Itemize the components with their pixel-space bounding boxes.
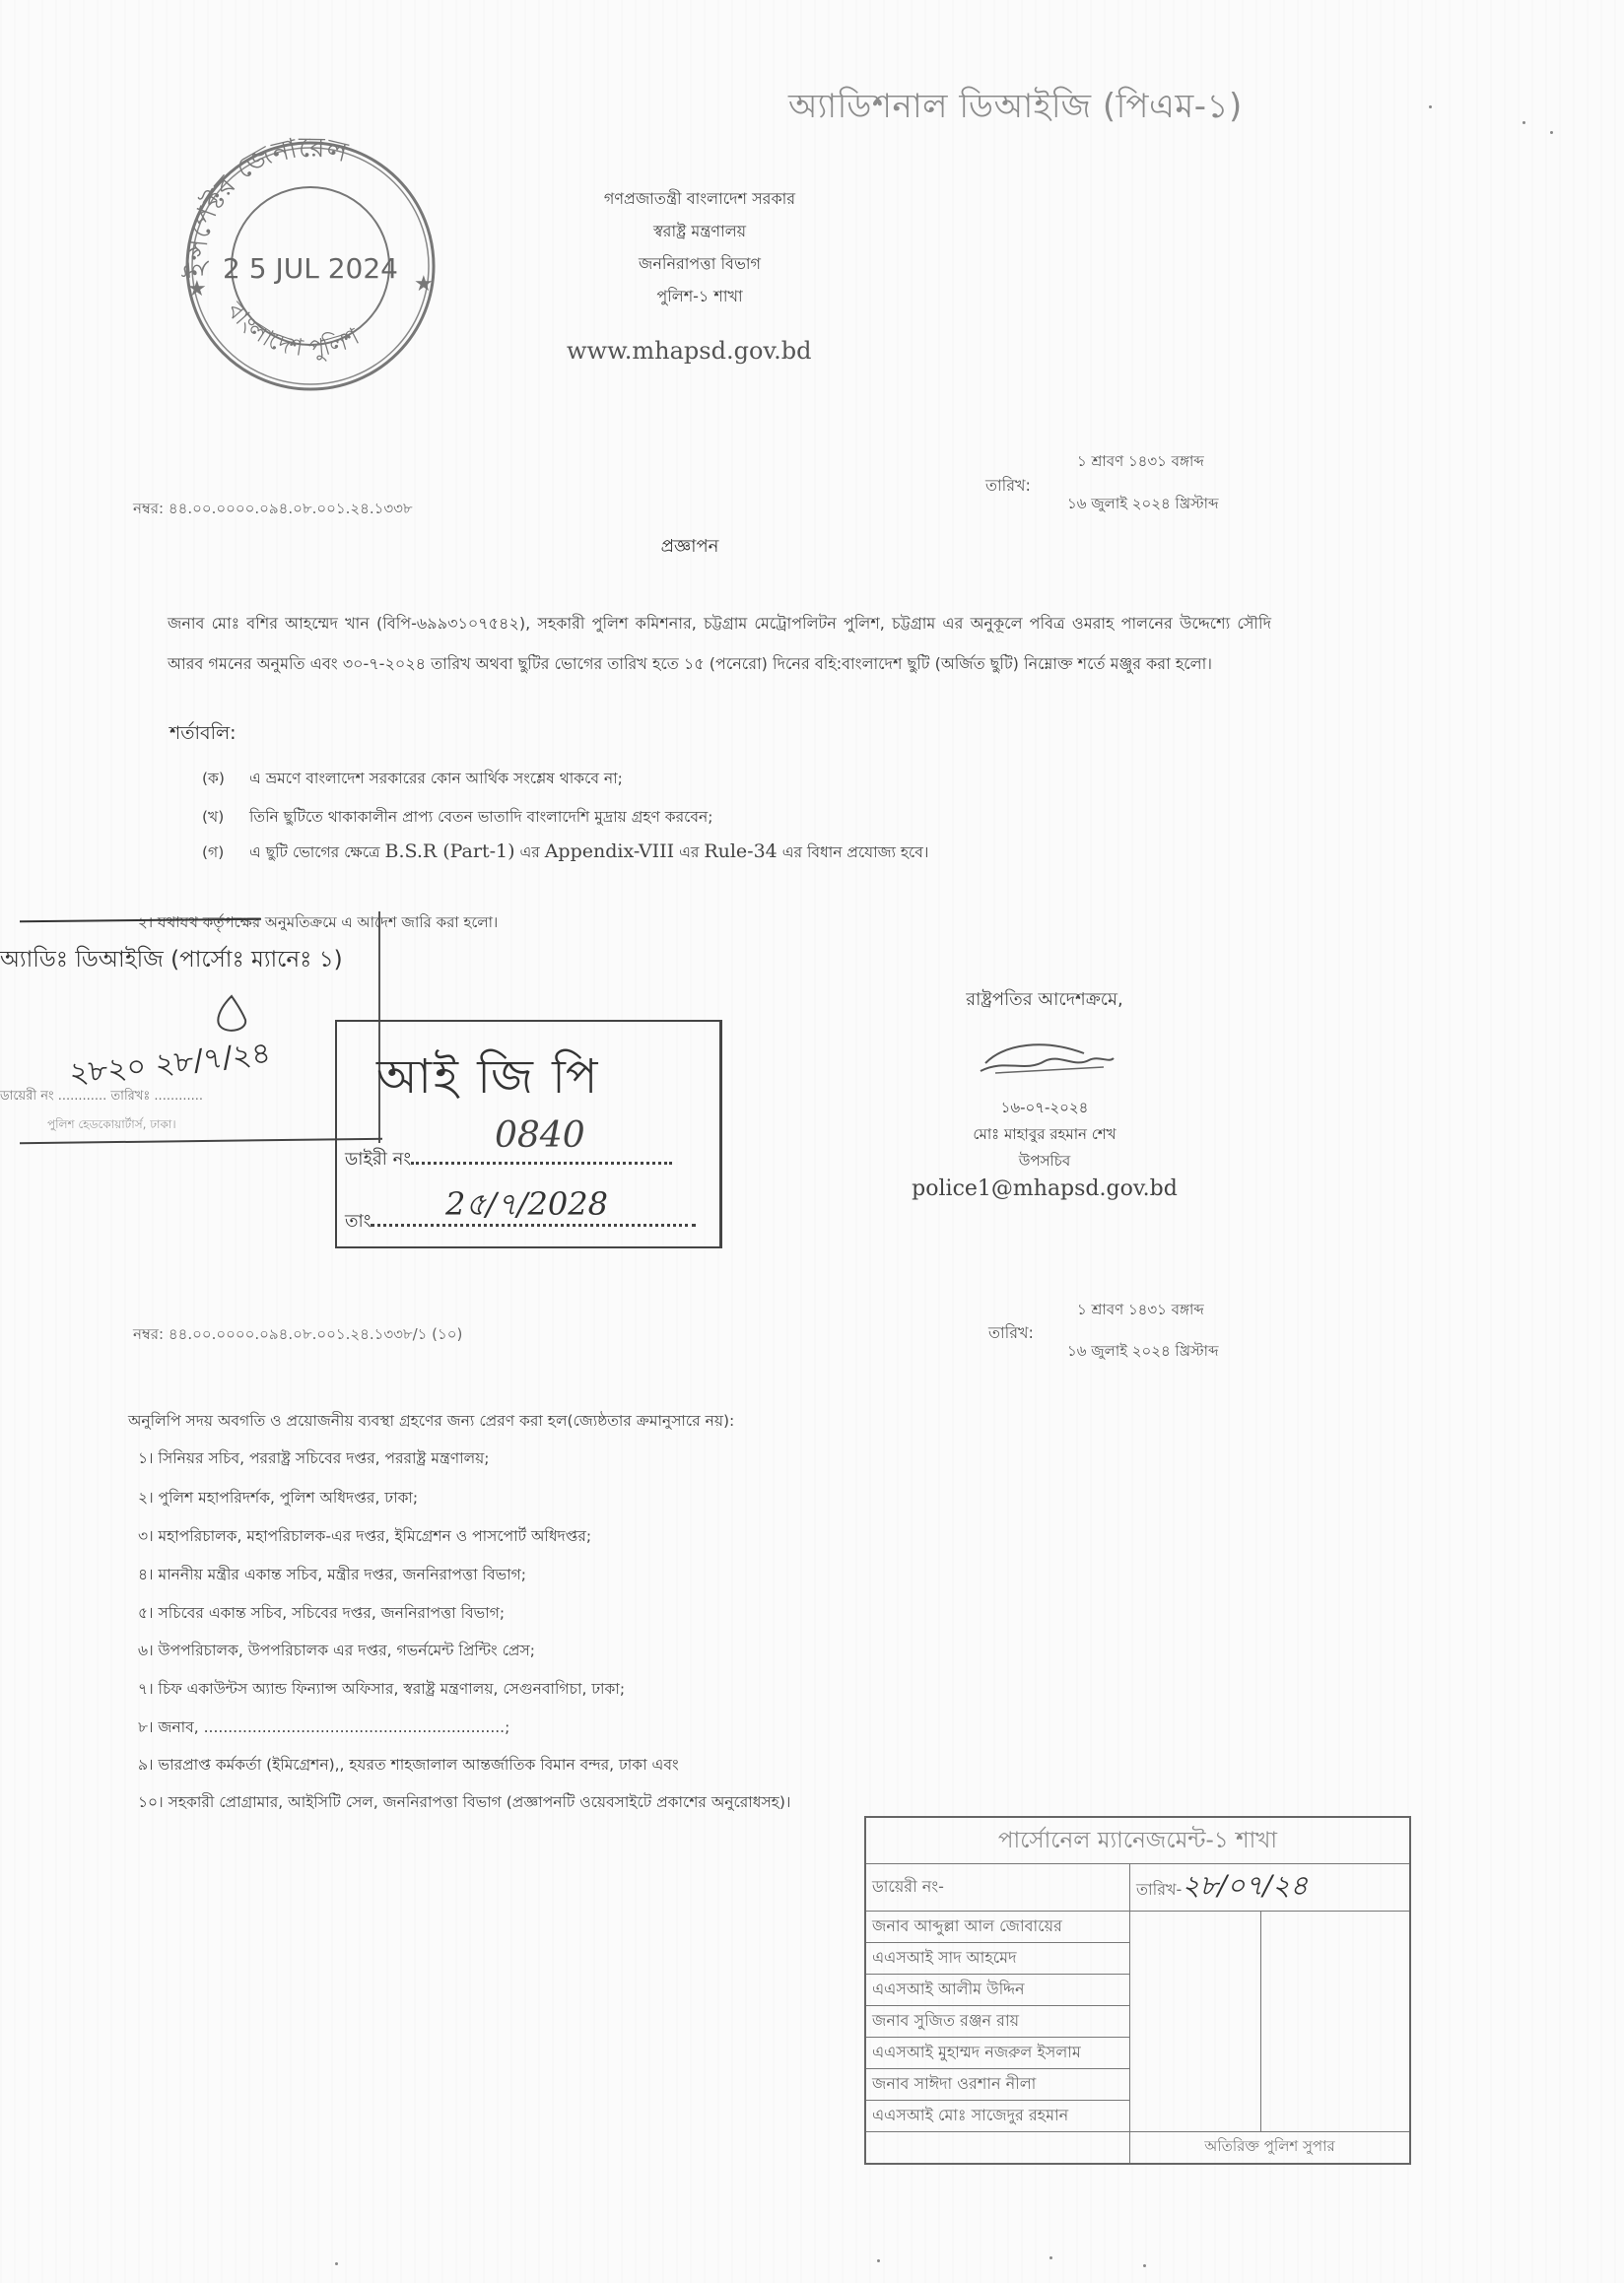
copy-recipient: ৫। সচিবের একান্ত সচিব, সচিবের দপ্তর, জনন…	[138, 1601, 505, 1627]
by-order-line: রাষ্ট্রপতির আদেশক্রমে,	[867, 985, 1222, 1016]
copy-date-gregorian: ১৬ জুলাই ২০২৪ খ্রিস্টাব্দ	[1067, 1340, 1218, 1365]
copy-recipient: ৭। চিফ একাউন্টস অ্যান্ড ফিন্যান্স অফিসার…	[138, 1677, 625, 1703]
terms-heading: শর্তাবলি:	[169, 719, 237, 751]
signatory-name: মোঃ মাহাবুর রহমান শেখ	[867, 1121, 1222, 1148]
divider	[20, 1138, 382, 1144]
header-line-division: জননিরাপত্তা বিভাগ	[552, 247, 847, 280]
routing-officer: এএসআই আলীম উদ্দিন	[865, 1975, 1130, 2006]
scan-speck	[1049, 2256, 1052, 2259]
igp-date-label: তাং	[345, 1211, 371, 1232]
stamp-office-label: অ্যাডিঃ ডিআইজি (পার্সোঃ ম্যানেঃ ১)	[0, 941, 343, 979]
scan-speck	[1143, 2264, 1146, 2267]
dotted-line	[411, 1162, 672, 1165]
copy-date-bangla: ১ শ্রাবণ ১৪৩১ বঙ্গাব্দ	[1077, 1299, 1204, 1323]
routing-officer: এএসআই মুহাম্মদ নজরুল ইসলাম	[865, 2038, 1130, 2069]
signature-block: রাষ্ট্রপতির আদেশক্রমে, ১৬-০৭-২০২৪ মোঃ মা…	[867, 985, 1222, 1201]
routing-officer: এএসআই মোঃ সাজেদুর রহমান	[865, 2101, 1130, 2132]
svg-text:বাংলাদেশ পুলিশ: বাংলাদেশ পুলিশ	[221, 296, 365, 362]
memo-body: জনাব মোঃ বশির আহম্মেদ খান (বিপি-৬৯৯৩১০৭৫…	[168, 603, 1271, 684]
website-link[interactable]: www.mhapsd.gov.bd	[567, 337, 811, 365]
divider	[20, 918, 261, 923]
copy-recipient: ৯। ভারপ্রাপ্ত কর্মকর্তা (ইমিগ্রেশন),, হয…	[138, 1753, 679, 1779]
signature-scribble-icon	[966, 1034, 1123, 1083]
routing-diary-label: ডায়েরী নং-	[865, 1864, 1130, 1912]
routing-date-label: তারিখ-	[1136, 1880, 1182, 1899]
routing-footer: অতিরিক্ত পুলিশ সুপার	[1130, 2132, 1411, 2165]
copy-recipient: ৮। জনাব, ...............................…	[138, 1715, 509, 1741]
routing-title: পার্সোনেল ম্যানেজমেন্ট-১ শাখা	[865, 1817, 1410, 1864]
copy-recipient: ৪। মাননীয় মন্ত্রীর একান্ত সচিব, মন্ত্রী…	[138, 1563, 526, 1588]
seal-bottom-arc: বাংলাদেশ পুলিশ	[221, 296, 365, 362]
igp-diary-stamp: আই জি পি 0840 ডাইরী নং 2৫/৭/2028 তাং	[335, 1020, 722, 1248]
receipt-seal: ইন্সপেক্টর জেনারেল বাংলাদেশ পুলিশ 2 5 JU…	[168, 128, 453, 394]
scan-speck	[335, 2262, 338, 2265]
term-item: (গ)এ ছুটি ভোগের ক্ষেত্রে B.S.R (Part-1) …	[202, 840, 928, 866]
addl-dig-label: অ্যাডিশনাল ডিআইজি (পিএম-১)	[788, 81, 1243, 137]
term-item: (খ)তিনি ছুটিতে থাকাকালীন প্রাপ্য বেতন ভা…	[202, 805, 712, 831]
routing-date-cell: তারিখ-২৮/০৭/২৪	[1130, 1864, 1411, 1912]
star-icon: ★	[414, 272, 434, 297]
seal-date: 2 5 JUL 2024	[223, 252, 398, 285]
term-rule-ref: B.S.R (Part-1)	[384, 840, 514, 862]
notification-title: প্রজ্ঞাপন	[591, 532, 788, 563]
term-mark: (গ)	[202, 840, 249, 866]
signatory-email[interactable]: police1@mhapsd.gov.bd	[867, 1176, 1222, 1201]
copy-recipient: ৩। মহাপরিচালক, মহাপরিচালক-এর দপ্তর, ইমিগ…	[138, 1524, 591, 1550]
term-item: (ক)এ ভ্রমণে বাংলাদেশ সরকারের কোন আর্থিক …	[202, 767, 623, 792]
stamp-hq-line: পুলিশ হেডকোয়ার্টার্স, ঢাকা।	[47, 1116, 176, 1136]
copy-date-label: তারিখ:	[988, 1320, 1034, 1347]
routing-blank-cell	[1130, 1912, 1261, 2132]
signature-date: ১৬-০৭-২০২৪	[867, 1095, 1222, 1121]
routing-blank-cell	[1261, 1912, 1411, 2132]
routing-handwritten-date: ২৮/০৭/২৪	[1182, 1869, 1308, 1902]
header-line-branch: পুলিশ-১ শাখা	[552, 280, 847, 312]
scan-speck	[1550, 131, 1553, 134]
copy-recipient: ৬। উপপরিচালক, উপপরিচালক এর দপ্তর, গভর্নম…	[138, 1639, 535, 1664]
routing-officer: জনাব সাঈদা ওরশান নীলা	[865, 2069, 1130, 2101]
memo-ref-number: নম্বর: ৪৪.০০.০০০০.০৯৪.০৮.০০১.২৪.১৩৩৮	[133, 498, 413, 522]
term-text: এর	[674, 843, 704, 861]
term-text: এর বিধান প্রযোজ্য হবে।	[778, 843, 929, 861]
term-text: এ ভ্রমণে বাংলাদেশ সরকারের কোন আর্থিক সংশ…	[249, 770, 623, 787]
copy-recipient: ২। পুলিশ মহাপরিদর্শক, পুলিশ অধিদপ্তর, ঢা…	[138, 1486, 418, 1511]
memo-date-bangla: ১ শ্রাবণ ১৪৩১ বঙ্গাব্দ	[1077, 450, 1204, 475]
term-text: তিনি ছুটিতে থাকাকালীন প্রাপ্য বেতন ভাতাদ…	[249, 808, 712, 826]
copy-recipient: ১০। সহকারী প্রোগ্রামার, আইসিটি সেল, জননি…	[138, 1790, 790, 1816]
copy-intro: অনুলিপি সদয় অবগতি ও প্রয়োজনীয় ব্যবস্থ…	[128, 1409, 734, 1435]
routing-blank-cell	[865, 2132, 1130, 2165]
initial-mark-icon	[212, 992, 251, 1034]
term-rule-ref: Appendix-VIII	[545, 840, 674, 862]
branch-routing-stamp: পার্সোনেল ম্যানেজমেন্ট-১ শাখা ডায়েরী নং…	[864, 1816, 1411, 2165]
routing-officer: জনাব আব্দুল্লা আল জোবায়ের	[865, 1912, 1130, 1943]
scan-speck	[1429, 105, 1432, 108]
term-rule-ref: Rule-34	[704, 840, 777, 862]
scan-speck	[877, 2259, 880, 2262]
term-text: এর	[515, 843, 545, 861]
dotted-line	[371, 1224, 696, 1227]
scan-speck	[1522, 121, 1525, 124]
term-mark: (ক)	[202, 767, 249, 792]
routing-officer: জনাব সুজিত রঞ্জন রায়	[865, 2006, 1130, 2038]
term-text: এ ছুটি ভোগের ক্ষেত্রে	[249, 843, 384, 861]
igp-title: আই জি পি	[376, 1041, 599, 1119]
stamp-diary-line: ডায়েরী নং ............ তারিখঃ .........…	[0, 1087, 203, 1108]
header-line-government: গণপ্রজাতন্ত্রী বাংলাদেশ সরকার	[552, 182, 847, 215]
copy-ref-number: নম্বর: ৪৪.০০.০০০০.০৯৪.০৮.০০১.২৪.১৩৩৮/১ (…	[133, 1323, 462, 1348]
igp-diary-label: ডাইরী নং	[345, 1149, 411, 1170]
routing-officer: এএসআই সাদ আহমেদ	[865, 1943, 1130, 1975]
igp-date-row: তাং	[345, 1207, 696, 1238]
seal-graphic: ইন্সপেক্টর জেনারেল বাংলাদেশ পুলিশ 2 5 JU…	[168, 128, 453, 394]
star-icon: ★	[187, 277, 207, 302]
memo-date-gregorian: ১৬ জুলাই ২০২৪ খ্রিস্টাব্দ	[1067, 493, 1218, 517]
copy-recipient: ১। সিনিয়র সচিব, পররাষ্ট্র সচিবের দপ্তর,…	[138, 1446, 489, 1472]
header-line-ministry: স্বরাষ্ট্র মন্ত্রণালয়	[552, 215, 847, 247]
igp-diary-row: ডাইরী নং	[345, 1145, 672, 1175]
memo-body-text: জনাব মোঃ বশির আহম্মেদ খান (বিপি-৬৯৯৩১০৭৫…	[168, 614, 1271, 673]
header-block: গণপ্রজাতন্ত্রী বাংলাদেশ সরকার স্বরাষ্ট্র…	[552, 182, 847, 312]
memo-date-label: তারিখ:	[985, 473, 1031, 500]
addl-dig-receipt-stamp: অ্যাডিঃ ডিআইজি (পার্সোঃ ম্যানেঃ ১) ২৮২০ …	[0, 911, 381, 1148]
term-mark: (খ)	[202, 805, 249, 831]
signatory-designation: উপসচিব	[867, 1148, 1222, 1175]
